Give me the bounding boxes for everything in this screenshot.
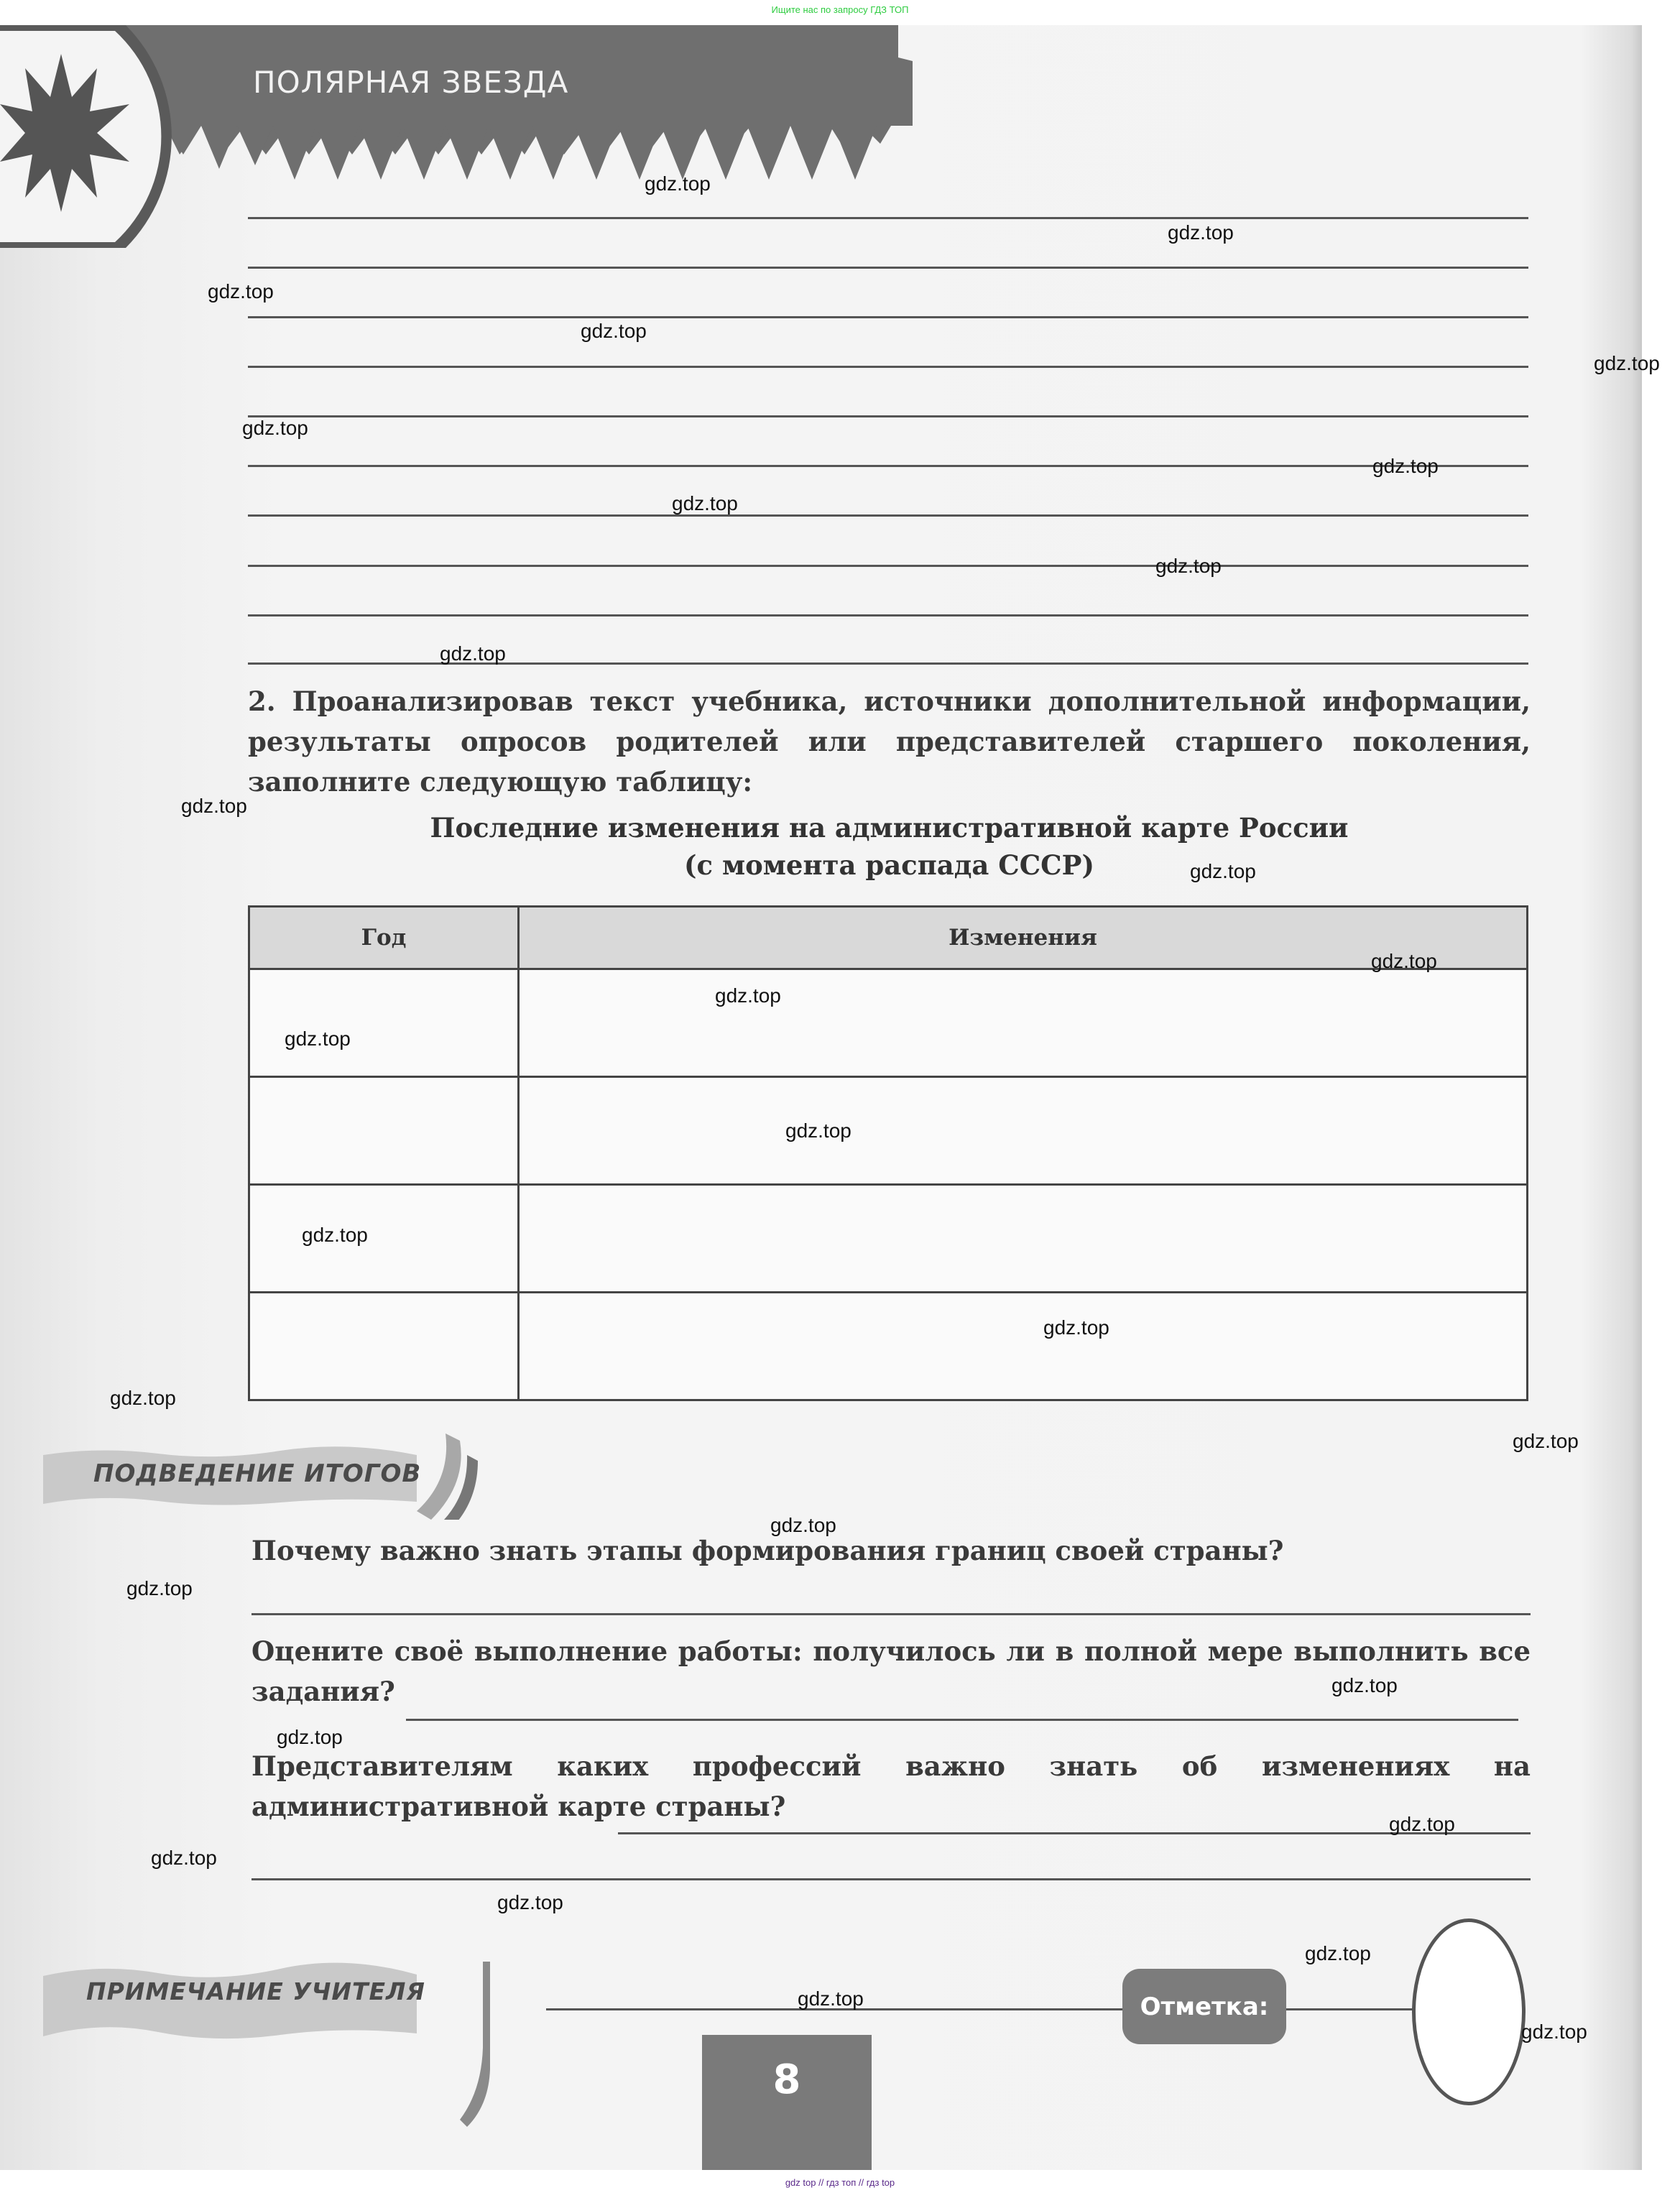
watermark: gdz.top: [1190, 860, 1256, 883]
changes-cell[interactable]: [519, 1185, 1528, 1293]
table-row: [249, 1185, 1528, 1293]
watermark: gdz.top: [1521, 2021, 1587, 2044]
watermark: gdz.top: [1371, 950, 1437, 973]
watermark: gdz.top: [126, 1577, 193, 1600]
column-header-year: Год: [249, 907, 519, 969]
watermark: gdz.top: [672, 492, 738, 515]
task-2-instruction: 2. Проанализировав текст учебника, источ…: [248, 681, 1531, 802]
ribbon-tail-icon: [453, 1962, 496, 2127]
watermark: gdz.top: [1168, 221, 1234, 244]
answer-line[interactable]: [248, 465, 1528, 467]
question-1: Почему важно знать этапы формирования гр…: [251, 1530, 1531, 1571]
watermark: gdz.top: [181, 795, 247, 818]
watermark: gdz.top: [1043, 1316, 1109, 1339]
watermark: gdz.top: [645, 172, 711, 195]
year-cell[interactable]: [249, 1077, 519, 1185]
watermark: gdz.top: [285, 1028, 351, 1050]
year-cell[interactable]: [249, 1293, 519, 1400]
watermark: gdz.top: [581, 320, 647, 343]
watermark: gdz.top: [277, 1726, 343, 1749]
watermark: gdz.top: [1513, 1430, 1579, 1453]
watermark: gdz.top: [110, 1387, 176, 1410]
bottom-promo-text: gdz top // гдз топ // гдз top: [0, 2177, 1680, 2188]
table-row: [249, 1293, 1528, 1400]
answer-line[interactable]: [248, 514, 1528, 517]
year-cell[interactable]: [249, 1185, 519, 1293]
watermark: gdz.top: [1389, 1813, 1455, 1836]
changes-cell[interactable]: [519, 969, 1528, 1077]
answer-line[interactable]: [248, 267, 1528, 269]
question-3: Представителям каких профессий важно зна…: [251, 1746, 1531, 1827]
teacher-note-label: ПРИМЕЧАНИЕ УЧИТЕЛЯ: [86, 1977, 425, 2005]
star-icon: [0, 25, 194, 248]
page-number: 8: [702, 2035, 872, 2170]
table-title-line1: Последние изменения на административной …: [248, 808, 1531, 848]
grade-label-badge: Отметка:: [1122, 1969, 1286, 2044]
watermark: gdz.top: [715, 984, 781, 1007]
watermark: gdz.top: [302, 1224, 368, 1247]
watermark: gdz.top: [770, 1514, 836, 1537]
table-row: [249, 969, 1528, 1077]
watermark: gdz.top: [440, 642, 506, 665]
watermark: gdz.top: [1331, 1674, 1398, 1697]
table-title-line2: (с момента распада СССР): [248, 846, 1531, 885]
admin-changes-table: Год Изменения: [248, 905, 1528, 1401]
watermark: gdz.top: [151, 1847, 217, 1870]
answer-line[interactable]: [248, 415, 1528, 417]
year-cell[interactable]: [249, 969, 519, 1077]
teacher-note-banner: ПРИМЕЧАНИЕ УЧИТЕЛЯ: [43, 1940, 489, 2026]
watermark: gdz.top: [1305, 1942, 1371, 1965]
logo: [0, 25, 194, 248]
watermark: gdz.top: [785, 1119, 851, 1142]
answer-line[interactable]: [248, 366, 1528, 368]
answer-line[interactable]: [406, 1719, 1518, 1721]
changes-cell[interactable]: [519, 1293, 1528, 1400]
watermark: gdz.top: [208, 280, 274, 303]
watermark: gdz.top: [1594, 352, 1660, 375]
question-2: Оцените своё выполнение работы: получило…: [251, 1631, 1531, 1712]
grade-circle[interactable]: [1412, 1918, 1526, 2105]
watermark: gdz.top: [1155, 555, 1222, 578]
answer-line[interactable]: [248, 614, 1528, 617]
watermark: gdz.top: [1372, 455, 1439, 478]
summary-banner-label: ПОДВЕДЕНИЕ ИТОГОВ: [93, 1459, 421, 1488]
top-promo-text: Ищите нас по запросу ГДЗ ТОП: [0, 4, 1680, 15]
answer-line[interactable]: [251, 1878, 1531, 1880]
table-row: [249, 1077, 1528, 1185]
watermark: gdz.top: [242, 417, 308, 440]
changes-cell[interactable]: [519, 1077, 1528, 1185]
summary-banner: ПОДВЕДЕНИЕ ИТОГОВ: [43, 1433, 489, 1520]
watermark: gdz.top: [497, 1891, 563, 1914]
grade-connector-line: [1286, 2008, 1416, 2010]
answer-line[interactable]: [248, 217, 1528, 219]
answer-line[interactable]: [248, 565, 1528, 567]
watermark: gdz.top: [798, 1987, 864, 2010]
answer-line[interactable]: [251, 1613, 1531, 1615]
answer-line[interactable]: [248, 316, 1528, 318]
series-title: ПОЛЯРНАЯ ЗВЕЗДА: [253, 65, 568, 100]
